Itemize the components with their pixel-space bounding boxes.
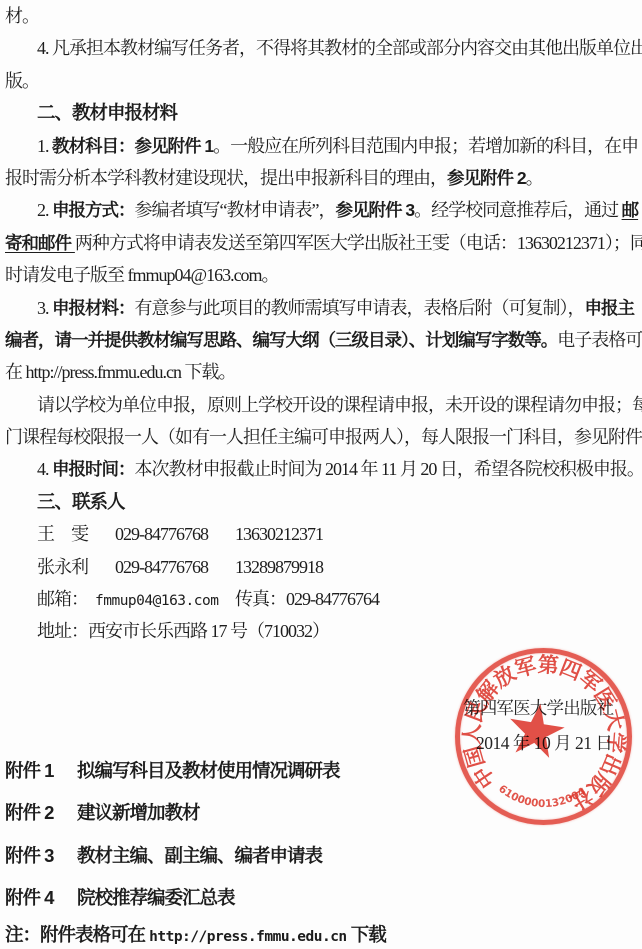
stamp-serial-digit: 0 [513, 792, 528, 807]
text-line: 邮箱：fmmup04@163.com传真：029-84776764 [0, 583, 642, 615]
text-segment: 13630212371 [235, 524, 323, 544]
text-segment: 本次教材申报截止时间为 2014 年 11 月 20 日，希望各院校积极申报。 [135, 459, 642, 479]
stamp-serial-digit: 0 [561, 791, 577, 807]
text-line: 请以学校为单位申报，原则上学校开设的课程请申报，未开设的课程请勿申报；每 [0, 389, 642, 421]
text-line: 在 http://press.fmmu.edu.cn 下载。 [0, 356, 642, 388]
stamp-ring-char: 放 [488, 660, 521, 693]
text-segment: 附件 2 [5, 792, 77, 834]
text-segment: 。经学校同意推荐后，通过 [414, 200, 622, 220]
text-line: 时请发电子版至 fmmup04@163.com。 [0, 259, 642, 291]
text-segment: 邮 [622, 200, 639, 220]
stamp-serial-digit: 3 [548, 796, 562, 810]
text-line: 4. 申报时间：本次教材申报截止时间为 2014 年 11 月 20 日，希望各… [0, 453, 642, 485]
text-segment: 申报方式： [52, 200, 135, 220]
document-body: 材。4. 凡承担本教材编写任务者，不得将其教材的全部或部分内容交由其他出版单位出… [0, 0, 642, 648]
stamp-serial-digit: 1 [542, 797, 555, 810]
text-line: 材。 [0, 0, 642, 32]
text-segment: 。一般应在所列科目范围内申报；若增加新的科目，在申 [213, 136, 638, 156]
text-segment: 二、教材申报材料 [37, 102, 177, 123]
text-segment: 在 http://press.fmmu.edu.cn 下载。 [5, 362, 235, 382]
text-segment: 教材科目：参见附件 1 [52, 136, 213, 156]
text-segment: 注：附件表格可在 [5, 924, 149, 945]
stamp-serial-digit: 0 [535, 797, 547, 809]
text-line: 版。 [0, 65, 642, 97]
text-segment: 029-84776768 [115, 551, 235, 583]
text-segment: 参见附件 3 [335, 200, 414, 220]
text-line: 编者，请一并提供教材编写思路、编写大纲（三级目录）、计划编写字数等。电子表格可 [0, 324, 642, 356]
stamp-ring-char: 第 [535, 652, 560, 677]
stamp-ring-char: 版 [581, 767, 615, 801]
text-segment: 报时需分析本学科教材建设现状，提出申报新科目的理由， [5, 168, 447, 188]
stamp-serial-digit: 0 [520, 794, 535, 809]
text-line: 二、教材申报材料 [0, 97, 642, 129]
text-segment: 3. [37, 298, 52, 318]
stamp-ring-char: 社 [564, 782, 597, 815]
stamp-ring-char: 中 [467, 760, 500, 793]
stamp-serial-digit: 0 [567, 788, 583, 804]
text-segment: 1. [37, 136, 52, 156]
text-line: 2. 申报方式：参编者填写“教材申请表”，参见附件 3。经学校同意推荐后，通过 … [0, 194, 642, 226]
attachment-item: 附件 4院校推荐编委汇总表 [5, 877, 465, 919]
text-segment: 参编者填写“教材申请表”， [135, 200, 336, 220]
text-segment: 13289879918 [235, 557, 323, 577]
text-segment: 附件 4 [5, 877, 77, 919]
text-segment: 附件 1 [5, 750, 77, 792]
attachment-item: 附件 3教材主编、副主编、编者申请表 [5, 835, 465, 877]
text-segment: 拟编写科目及教材使用情况调研表 [77, 760, 340, 781]
text-line: 寄和邮件 两种方式将申请表发送至第四军医大学出版社王雯（电话：136302123… [0, 227, 642, 259]
text-segment: 教材主编、副主编、编者申请表 [77, 845, 322, 866]
stamp-ring-char: 四 [554, 654, 585, 685]
text-segment: 院校推荐编委汇总表 [77, 887, 235, 908]
note-line: 注：附件表格可在 http://press.fmmu.edu.cn 下载 [5, 914, 465, 949]
text-segment: 4. 凡承担本教材编写任务者，不得将其教材的全部或部分内容交由其他出版单位出 [37, 38, 642, 58]
signature-publisher: 第四军医大学出版社 [463, 695, 613, 720]
text-segment: 王 雯 [37, 518, 115, 550]
text-segment: 申报主 [585, 298, 635, 318]
text-line: 王 雯029-8477676813630212371 [0, 518, 642, 550]
text-segment: 申报材料： [52, 298, 135, 318]
stamp-serial-digit: 1 [500, 785, 517, 802]
text-line: 4. 凡承担本教材编写任务者，不得将其教材的全部或部分内容交由其他出版单位出 [0, 32, 642, 64]
stamp-serial-digit: 0 [506, 789, 522, 805]
text-segment: 三、联系人 [37, 491, 125, 512]
signature-date: 2014 年 10 月 21 日 [476, 730, 612, 755]
stamp-ring-char: 军 [573, 664, 607, 698]
text-segment: 下载 [347, 924, 386, 945]
stamp-serial-digit: 4 [573, 784, 590, 801]
text-segment: 邮箱： [37, 583, 95, 615]
stamp-ring-char: 军 [510, 652, 539, 681]
text-line: 三、联系人 [0, 486, 642, 518]
text-segment: 寄和邮件 [5, 233, 75, 253]
text-segment: 材。 [5, 6, 39, 26]
text-segment: 两种方式将申请表发送至第四军医大学出版社王雯（电话：13630212371）；同 [75, 233, 642, 253]
text-segment: 附件 3 [5, 835, 77, 877]
text-segment: 4. [37, 459, 52, 479]
text-segment: 建议新增加教材 [77, 802, 200, 823]
text-segment: 版。 [5, 71, 39, 91]
text-segment: 2. [37, 200, 52, 220]
text-line: 地址：西安市长乐西路 17 号（710032） [0, 615, 642, 647]
text-segment: 时请发电子版至 fmmup04@163.com。 [5, 265, 279, 285]
text-line: 1. 教材科目：参见附件 1。一般应在所列科目范围内申报；若增加新的科目，在申 [0, 130, 642, 162]
text-segment: 张永利 [37, 551, 115, 583]
stamp-serial-digit: 2 [555, 793, 570, 808]
text-segment: fmmup04@163.com [95, 585, 235, 617]
text-segment: 传真：029-84776764 [235, 589, 379, 609]
text-segment: 门课程每校限报一人（如有一人担任主编可申报两人），每人限报一门科目，参见附件 4… [5, 427, 642, 447]
text-segment: 地址：西安市长乐西路 17 号（710032） [37, 621, 329, 641]
text-segment: 。 [526, 168, 543, 188]
text-line: 3. 申报材料：有意参与此项目的教师需填写申请表，表格后附（可复制），申报主 [0, 292, 642, 324]
attachment-item: 附件 1拟编写科目及教材使用情况调研表 [5, 750, 465, 792]
stamp-serial-digit: 0 [527, 796, 541, 810]
text-line: 张永利029-8477676813289879918 [0, 551, 642, 583]
text-segment: 申报时间： [52, 459, 135, 479]
text-segment: 请以学校为单位申报，原则上学校开设的课程请申报，未开设的课程请勿申报；每 [37, 395, 642, 415]
attachment-list: 附件 1拟编写科目及教材使用情况调研表附件 2建议新增加教材附件 3教材主编、副… [5, 750, 465, 949]
text-segment: 参见附件 2 [447, 168, 526, 188]
text-segment: 有意参与此项目的教师需填写申请表，表格后附（可复制）， [135, 298, 585, 318]
text-line: 门课程每校限报一人（如有一人担任主编可申报两人），每人限报一门科目，参见附件 4… [0, 421, 642, 453]
text-segment: 029-84776768 [115, 518, 235, 550]
text-segment: http://press.fmmu.edu.cn [149, 929, 347, 945]
scanned-document-page: 材。4. 凡承担本教材编写任务者，不得将其教材的全部或部分内容交由其他出版单位出… [0, 0, 642, 949]
stamp-serial-digit: 6 [494, 781, 511, 798]
text-segment: 编者，请一并提供教材编写思路、编写大纲（三级目录）、计划编写字数等。 [5, 330, 557, 350]
text-segment: 电子表格可 [557, 330, 642, 350]
text-line: 报时需分析本学科教材建设现状，提出申报新科目的理由，参见附件 2。 [0, 162, 642, 194]
attachment-item: 附件 2建议新增加教材 [5, 792, 465, 834]
